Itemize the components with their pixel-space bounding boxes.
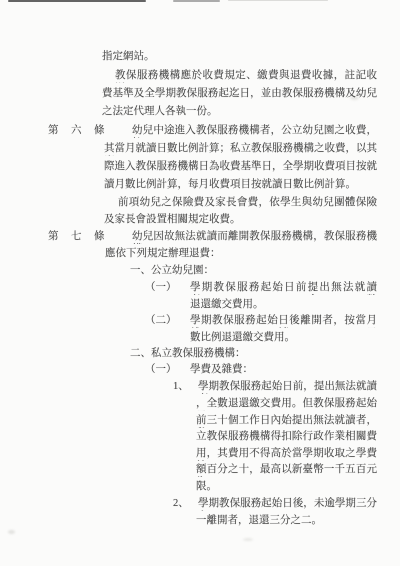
text-line: 指定網站。: [102, 50, 155, 63]
text-line: 數比例退還繳交費用。: [190, 331, 295, 344]
scan-edge-artifact: [228, 0, 328, 1]
text-line: 限。: [196, 480, 217, 493]
text-line: 幼兒因故無法就讀而離開教保服務機構，教保服務機構: [132, 230, 377, 244]
text-line: 及家長會設置相關規定收費。: [104, 213, 241, 226]
text-line: （一）: [145, 363, 177, 376]
text-line: 用，其費用不得高於當學期收取之學費總: [196, 447, 377, 461]
text-line: 額百分之十，最高以新臺幣一千五百元為: [196, 463, 377, 477]
text-line: 費基準及全學期教保服務起迄日，並由教保服務機構及幼兒: [102, 87, 377, 101]
scanned-document-page: 指定網站。教保服務機構應於收費規定、繳費與退費收據，註記收退費基準及全學期教保服…: [0, 0, 400, 566]
scan-smudge: [8, 530, 15, 534]
text-line: 1、: [173, 380, 189, 393]
text-line: 際進入教保服務機構日為收費基準日，全學期收費項目按就: [104, 160, 377, 174]
text-line: 教保服務機構應於收費規定、繳費與退費收據，註記收退: [115, 69, 377, 83]
text-line: 讀月數比例計算，每月收費項目按就讀日數比例計算。: [104, 178, 356, 191]
text-line: 二、私立教保服務機構：: [130, 347, 246, 360]
text-line: 立教保服務機構得扣除行政作業相關費: [196, 430, 377, 444]
text-line: 學期教保服務起始日後離開者，按當月就讀日: [190, 314, 377, 328]
scan-edge-artifact: [173, 0, 220, 2]
text-line: 學期教保服務起始日後，未逾學期三分之: [198, 497, 377, 511]
text-line: 學費及雜費：: [190, 363, 253, 376]
text-line: 一離開者，退還三分之二。: [196, 514, 322, 527]
text-line: ，全數退還繳交費用。但教保服務起始日: [196, 397, 377, 411]
scan-smudge: [243, 538, 253, 541]
text-line: 學期教保服務起始日前，提出無法就讀者: [198, 380, 377, 394]
text-line: 幼兒中途進入教保服務機構者，公立幼兒園之收費，按: [132, 124, 377, 138]
text-line: 之法定代理人各執一份。: [102, 105, 218, 118]
text-line: 一、公立幼兒園：: [130, 264, 214, 277]
text-line: 學期教保服務起始日前提出無法就讀者，全數: [190, 281, 377, 295]
text-line: （一）: [145, 281, 177, 294]
text-line: 前項幼兒之保險費及家長會費，依學生與幼兒團體保險: [118, 196, 377, 210]
text-line: 應依下列規定辦理退費：: [105, 247, 221, 260]
text-line: （二）: [145, 314, 177, 327]
scan-edge-artifact: [8, 0, 146, 2]
text-line: 退還繳交費用。: [190, 298, 264, 311]
text-line: 第六條: [48, 124, 117, 137]
text-line: 第七條: [48, 230, 117, 243]
text-line: 2、: [173, 497, 189, 510]
text-line: 前三十個工作日內始提出無法就讀者，私: [196, 414, 377, 428]
text-line: 其當月就讀日數比例計算；私立教保服務機構之收費，以其實: [104, 142, 377, 156]
